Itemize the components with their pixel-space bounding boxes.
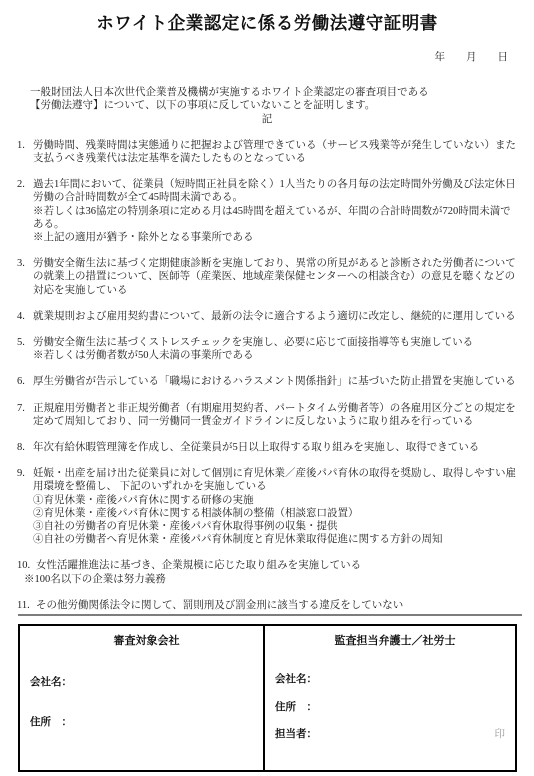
list-item: 6.厚生労働省が告示している「職場におけるハラスメント関係指針」に基づいた防止措… — [0, 375, 534, 388]
item-text: 労働時間、残業時間は実態通りに把握および管理できている（サービス残業等が発生して… — [33, 139, 534, 165]
auditor-header: 監査担当弁護士／社労士 — [275, 626, 515, 648]
certificate-page: ホワイト企業認定に係る労働法遵守証明書 年 月 日 一般財団法人日本次世代企業普… — [0, 0, 534, 776]
list-item: 5.労働安全衛生法に基づくストレスチェックを実施し、必要に応じて面接指導等も実施… — [0, 336, 534, 362]
item-text: その他労働関係法令に関して、罰則刑及び罰金刑に該当する違反をしていない — [36, 599, 534, 612]
item-number: 2. — [17, 178, 33, 244]
item-number: 11. — [17, 599, 36, 612]
item-text: 女性活躍推進法に基づき、企業規模に応じた取り組みを実施している※100名以下の企… — [36, 559, 534, 585]
item-line: ①育児休業・産後パパ育休に関する研修の実施 — [33, 494, 534, 507]
item-line: 女性活躍推進法に基づき、企業規模に応じた取り組みを実施している — [36, 559, 534, 572]
item-text: 年次有給休暇管理簿を作成し、全従業員が5日以上取得する取り組みを実施し、取得でき… — [33, 441, 534, 454]
document-title: ホワイト企業認定に係る労働法遵守証明書 — [0, 0, 534, 34]
item-line: ④自社の労働者へ育児休業・産後パパ育休制度と育児休業取得促進に関する方針の周知 — [33, 533, 534, 546]
item-line: 妊娠・出産を届け出た従業員に対して個別に育児休業／産後パパ育休の取得を奨励し、取… — [33, 467, 534, 480]
item-number: 4. — [17, 310, 33, 323]
audited-company-header: 審査対象会社 — [30, 626, 263, 648]
item-number: 3. — [17, 257, 33, 297]
item-line: ③自社の労働者の育児休業・産後パパ育休取得事例の収集・提供 — [33, 520, 534, 533]
item-text: 労働安全衛生法に基づくストレスチェックを実施し、必要に応じて面接指導等も実施して… — [33, 336, 534, 362]
item-line: 労働安全衛生法に基づく定期健康診断を実施しており、異常の所見があると診断された労… — [33, 257, 534, 270]
compliance-list: 1.労働時間、残業時間は実態通りに把握および管理できている（サービス残業等が発生… — [0, 139, 534, 612]
item-text: 厚生労働省が告示している「職場におけるハラスメント関係指針」に基づいた防止措置を… — [33, 375, 534, 388]
date-line: 年 月 日 — [0, 51, 534, 64]
item-line: ②育児休業・産後パパ育休に関する相談体制の整備（相談窓口設置） — [33, 507, 534, 520]
item-text: 過去1年間において、従業員（短時間正社員を除く）1人当たりの各月毎の法定時間外労… — [33, 178, 534, 244]
address-label: 住所 ： — [30, 716, 263, 729]
company-name-label: 会社名： — [30, 676, 263, 689]
list-item: 1.労働時間、残業時間は実態通りに把握および管理できている（サービス残業等が発生… — [0, 139, 534, 165]
intro-line: 【労働法遵守】について、以下の事項に反していないことを証明します。 — [30, 99, 516, 112]
item-line: 労働時間、残業時間は実態通りに把握および管理できている（サービス残業等が発生して… — [33, 139, 534, 152]
item-text: 正規雇用労働者と非正規労働者（有期雇用契約者、パートタイム労働者等）の各雇用区分… — [33, 402, 534, 428]
item-line: 支払うべき残業代は法定基準を満たしたものとなっている — [33, 152, 534, 165]
item-line: ※若しくは36協定の特別条項に定める月は45時間を超えているが、年間の合計時間数… — [33, 205, 534, 218]
item-line: 過去1年間において、従業員（短時間正社員を除く）1人当たりの各月毎の法定時間外労… — [33, 178, 534, 191]
intro-line: 一般財団法人日本次世代企業普及機構が実施するホワイト企業認定の審査項目である — [30, 86, 516, 99]
item-number: 6. — [17, 375, 33, 388]
list-item: 7.正規雇用労働者と非正規労働者（有期雇用契約者、パートタイム労働者等）の各雇用… — [0, 402, 534, 428]
list-item: 4.就業規則および雇用契約書について、最新の法令に適合するよう適切に改定し、継続… — [0, 310, 534, 323]
item-line: その他労働関係法令に関して、罰則刑及び罰金刑に該当する違反をしていない — [36, 599, 534, 612]
item-number: 7. — [17, 402, 33, 428]
contact-person-row: 担当者： 印 — [275, 728, 515, 741]
item-line: ある。 — [33, 218, 534, 231]
seal-mark: 印 — [495, 728, 506, 741]
item-line: 用環境を整備し、 下記のいずれかを実施している — [33, 480, 534, 493]
list-item: 10.女性活躍推進法に基づき、企業規模に応じた取り組みを実施している※100名以… — [0, 559, 534, 585]
item-line: 正規雇用労働者と非正規労働者（有期雇用契約者、パートタイム労働者等）の各雇用区分… — [33, 402, 534, 415]
item-number: 8. — [17, 441, 33, 454]
audited-company-cell: 審査対象会社 会社名： 住所 ： — [20, 626, 265, 770]
item-text: 妊娠・出産を届け出た従業員に対して個別に育児休業／産後パパ育休の取得を奨励し、取… — [33, 467, 534, 546]
item-line: の就業上の措置について、医師等（産業医、地域産業保健センターへの相談含む）の意見… — [33, 270, 534, 283]
item-line: ※若しくは労働者数が50人未満の事業所である — [33, 349, 534, 362]
item-line: 厚生労働省が告示している「職場におけるハラスメント関係指針」に基づいた防止措置を… — [33, 375, 534, 388]
address-label: 住所 ： — [275, 701, 515, 714]
item-number: 1. — [17, 139, 33, 165]
list-item: 11.その他労働関係法令に関して、罰則刑及び罰金刑に該当する違反をしていない — [0, 599, 534, 612]
item-line: 労働安全衛生法に基づくストレスチェックを実施し、必要に応じて面接指導等も実施して… — [33, 336, 534, 349]
signature-table: 審査対象会社 会社名： 住所 ： 監査担当弁護士／社労士 会社名： 住所 ： 担… — [18, 624, 517, 772]
item-number: 9. — [17, 467, 33, 546]
item-line: ※上記の適用が猶予・除外となる事業所である — [33, 231, 534, 244]
item-line: 年次有給休暇管理簿を作成し、全従業員が5日以上取得する取り組みを実施し、取得でき… — [33, 441, 534, 454]
item-line: 定めて周知しており、同一労働同一賃金ガイドラインに反しないように取り組みを行って… — [33, 415, 534, 428]
company-name-label: 会社名： — [275, 673, 515, 686]
list-item: 8.年次有給休暇管理簿を作成し、全従業員が5日以上取得する取り組みを実施し、取得… — [0, 441, 534, 454]
list-item: 2.過去1年間において、従業員（短時間正社員を除く）1人当たりの各月毎の法定時間… — [0, 178, 534, 244]
horizontal-rule — [18, 614, 522, 616]
ki-label: 記 — [0, 113, 534, 126]
item-line: 労働の合計時間数が全て45時間未満である。 — [33, 191, 534, 204]
intro-paragraph: 一般財団法人日本次世代企業普及機構が実施するホワイト企業認定の審査項目である 【… — [30, 86, 516, 112]
item-line: 就業規則および雇用契約書について、最新の法令に適合するよう適切に改定し、継続的に… — [33, 310, 534, 323]
contact-person-label: 担当者： — [275, 728, 317, 741]
item-line: ※100名以下の企業は努力義務 — [24, 573, 534, 586]
list-item: 9.妊娠・出産を届け出た従業員に対して個別に育児休業／産後パパ育休の取得を奨励し… — [0, 467, 534, 546]
item-line: 対応を実施している — [33, 284, 534, 297]
auditor-cell: 監査担当弁護士／社労士 会社名： 住所 ： 担当者： 印 — [265, 626, 515, 770]
list-item: 3.労働安全衛生法に基づく定期健康診断を実施しており、異常の所見があると診断され… — [0, 257, 534, 297]
item-text: 労働安全衛生法に基づく定期健康診断を実施しており、異常の所見があると診断された労… — [33, 257, 534, 297]
item-number: 5. — [17, 336, 33, 362]
item-text: 就業規則および雇用契約書について、最新の法令に適合するよう適切に改定し、継続的に… — [33, 310, 534, 323]
